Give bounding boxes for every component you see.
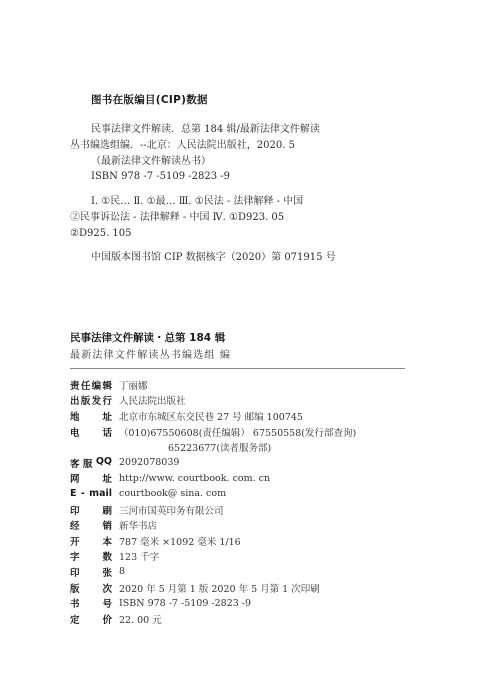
cip-verification: 中国版本图书馆 CIP 数据核字（2020）第 071915 号 (91, 252, 336, 264)
info-label: 印刷 (70, 503, 112, 517)
info-row-printer: 印刷 三河市国英印务有限公司 (70, 502, 356, 518)
cip-isbn-line: ISBN 978 -7 -5109 -2823 -9 (91, 171, 230, 183)
info-label: 网址 (70, 471, 112, 485)
info-row-address: 地址 北京市东城区东交民巷 27 号 邮编 100745 (70, 408, 356, 424)
info-label: 印张 (70, 565, 112, 579)
info-row-editor: 责任编辑 丁丽娜 (70, 377, 356, 393)
info-label: 责任编辑 (70, 378, 112, 392)
info-value: 新华书店 (119, 518, 157, 532)
info-value: 65223677(读者服务部) (168, 440, 271, 454)
cip-subject-line-1: Ⅰ. ①民… Ⅱ. ①最… Ⅲ. ①民法 - 法律解释 - 中国 (91, 196, 303, 208)
info-row-publisher: 出版发行 人民法院出版社 (70, 393, 356, 409)
info-row-price: 定价 22. 00 元 (70, 611, 356, 627)
info-row-sheets: 印张 8 (70, 564, 356, 580)
publication-info: 责任编辑 丁丽娜 出版发行 人民法院出版社 地址 北京市东城区东交民巷 27 号… (70, 377, 356, 627)
info-value: 123 千字 (119, 549, 159, 563)
cip-record-line-1: 民事法律文件解读．总第 184 辑/最新法律文件解读 (91, 124, 320, 136)
info-label: 定价 (70, 612, 112, 626)
email-link[interactable]: courtbook@ sina. com (119, 488, 226, 499)
info-label: 版次 (70, 581, 112, 595)
book-editor: 最新法律文件解读丛书编选组 编 (70, 346, 231, 361)
info-value: 三河市国英印务有限公司 (119, 503, 224, 517)
info-value: 北京市东城区东交民巷 27 号 邮编 100745 (119, 409, 303, 423)
info-row-edition: 版次 2020 年 5 月第 1 版 2020 年 5 月第 1 次印刷 (70, 580, 356, 596)
cip-title: 图书在版编目(CIP)数据 (91, 92, 208, 107)
info-row-phone: 电话 （010)67550608(责任编辑） 67550558(发行部查询) (70, 424, 356, 440)
cip-subject-line-3: ②D925. 105 (70, 228, 132, 240)
info-label: 电话 (70, 425, 112, 439)
info-row-email: E-mail courtbook@ sina. com (70, 486, 356, 502)
info-value: 2020 年 5 月第 1 版 2020 年 5 月第 1 次印刷 (119, 581, 320, 595)
info-label: 客服QQ (70, 456, 112, 470)
copyright-page: 图书在版编目(CIP)数据 民事法律文件解读．总第 184 辑/最新法律文件解读… (0, 0, 482, 698)
info-row-isbn: 书号 ISBN 978 -7 -5109 -2823 -9 (70, 595, 356, 611)
info-value: 2092078039 (119, 457, 179, 468)
cip-subject-line-2: ②民事诉讼法 - 法律解释 - 中国 Ⅳ. ①D923. 05 (70, 212, 284, 224)
cip-record-line-2: 丛书编选组编．--北京：人民法院出版社，2020. 5 (70, 140, 295, 152)
info-row-format: 开本 787 毫米 ×1092 毫米 1/16 (70, 533, 356, 549)
info-row-qq: 客服QQ 2092078039 (70, 455, 356, 471)
info-label: 经销 (70, 518, 112, 532)
info-row-website: 网址 http://www. courtbook. com. cn (70, 471, 356, 487)
website-link[interactable]: http://www. courtbook. com. cn (119, 473, 270, 484)
info-label: 出版发行 (70, 393, 112, 407)
info-row-distributor: 经销 新华书店 (70, 517, 356, 533)
info-row-word-count: 字数 123 千字 (70, 549, 356, 565)
info-label: 地址 (70, 409, 112, 423)
info-label: 开本 (70, 534, 112, 548)
info-value: （010)67550608(责任编辑） 67550558(发行部查询) (119, 425, 356, 439)
info-label: 书号 (70, 596, 112, 610)
info-value: 787 毫米 ×1092 毫米 1/16 (119, 534, 241, 548)
info-value: 人民法院出版社 (119, 393, 186, 407)
book-title: 民事法律文件解读・总第 184 辑 (70, 330, 225, 345)
info-value: 22. 00 元 (119, 612, 162, 626)
info-label: E-mail (70, 488, 112, 499)
info-label: 字数 (70, 549, 112, 563)
info-value: 丁丽娜 (119, 378, 148, 392)
info-row-phone-cont: 65223677(读者服务部) (70, 439, 356, 455)
separator-line (70, 368, 405, 369)
info-value: 8 (119, 566, 125, 577)
info-value: ISBN 978 -7 -5109 -2823 -9 (119, 598, 251, 609)
cip-record-line-3: （最新法律文件解读丛书） (91, 156, 211, 168)
